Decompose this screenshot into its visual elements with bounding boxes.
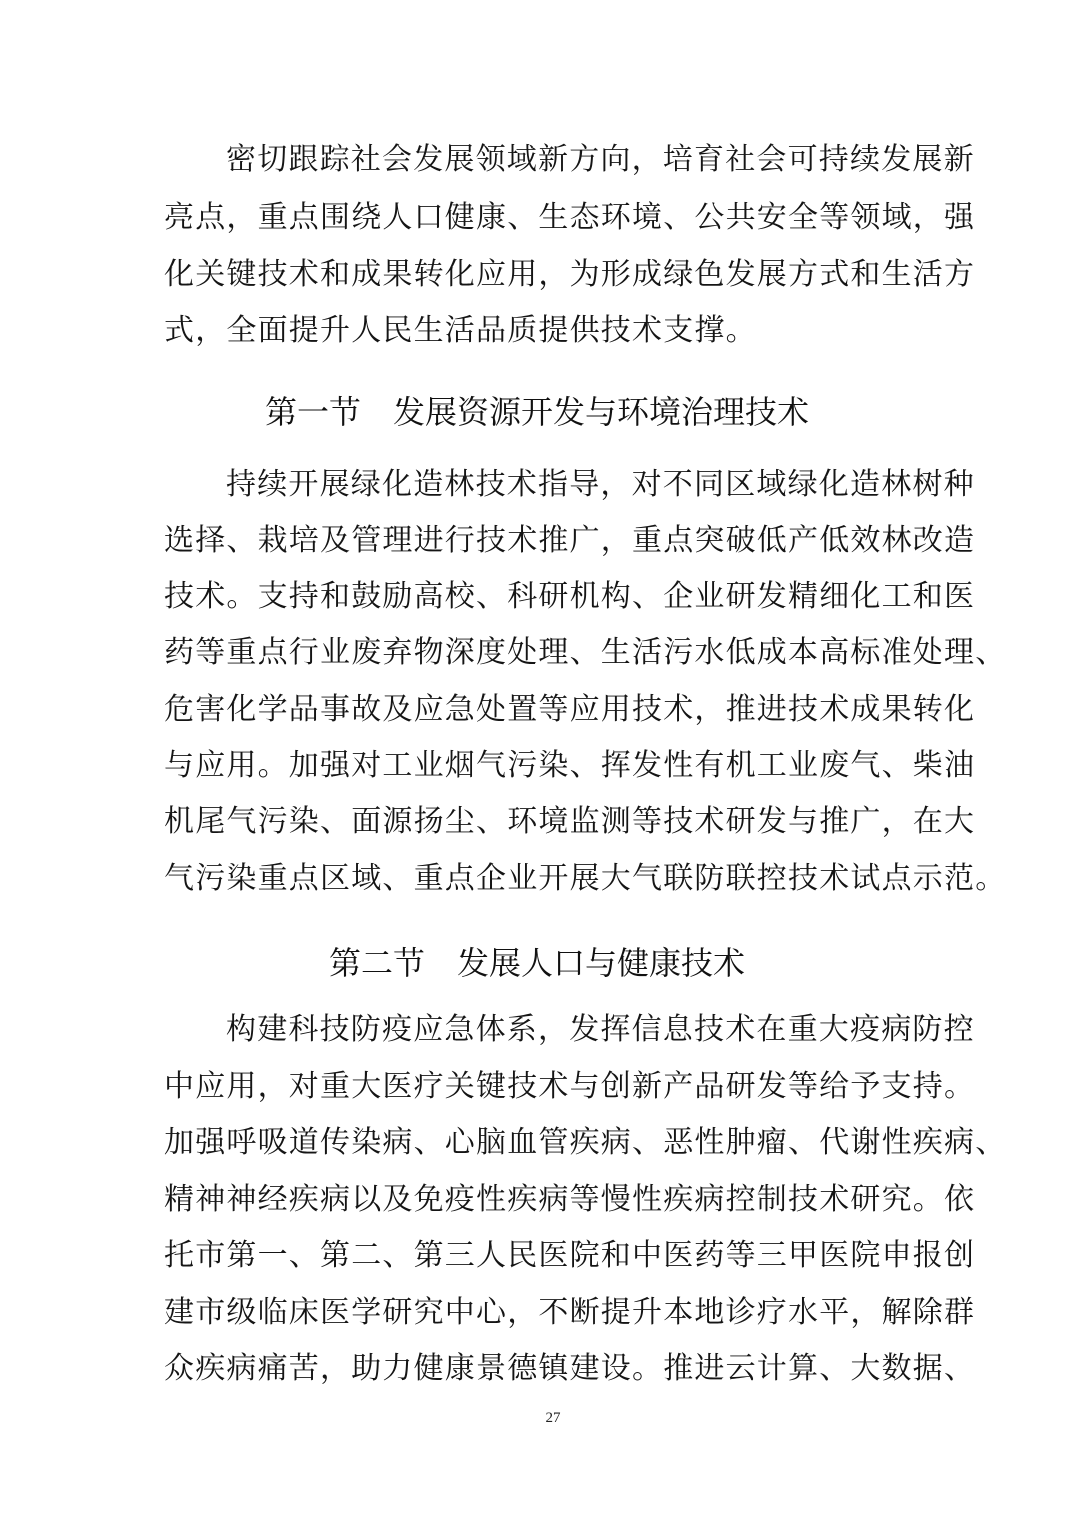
paragraph-line: 密切跟踪社会发展领域新方向，培育社会可持续发展新 [226,140,986,180]
paragraph-line: 托市第一、第二、第三人民医院和中医药等三甲医院申报创 [164,1236,924,1276]
paragraph-line: 构建科技防疫应急体系，发挥信息技术在重大疫病防控 [226,1010,986,1050]
paragraph-line: 气污染重点区域、重点企业开展大气联防联控技术试点示范。 [164,859,924,899]
paragraph-line: 亮点，重点围绕人口健康、生态环境、公共安全等领域，强 [164,198,924,238]
paragraph-line: 与应用。加强对工业烟气污染、挥发性有机工业废气、柴油 [164,746,924,786]
paragraph-line: 药等重点行业废弃物深度处理、生活污水低成本高标准处理、 [164,633,924,673]
section-heading-1: 第一节 发展资源开发与环境治理技术 [0,390,1074,434]
paragraph-line: 众疾病痛苦，助力健康景德镇建设。推进云计算、大数据、 [164,1349,924,1389]
paragraph-line: 加强呼吸道传染病、心脑血管疾病、恶性肿瘤、代谢性疾病、 [164,1123,924,1163]
paragraph-line: 化关键技术和成果转化应用，为形成绿色发展方式和生活方 [164,255,924,295]
paragraph-line: 危害化学品事故及应急处置等应用技术，推进技术成果转化 [164,690,924,730]
paragraph-line: 中应用，对重大医疗关键技术与创新产品研发等给予支持。 [164,1067,924,1107]
paragraph-line: 建市级临床医学研究中心，不断提升本地诊疗水平，解除群 [164,1293,924,1333]
paragraph-line: 式，全面提升人民生活品质提供技术支撑。 [164,311,924,351]
paragraph-line: 持续开展绿化造林技术指导，对不同区域绿化造林树种 [226,465,986,505]
paragraph-line: 选择、栽培及管理进行技术推广，重点突破低产低效林改造 [164,521,924,561]
paragraph-line: 精神神经疾病以及免疫性疾病等慢性疾病控制技术研究。依 [164,1180,924,1220]
paragraph-line: 技术。支持和鼓励高校、科研机构、企业研发精细化工和医 [164,577,924,617]
document-page: 密切跟踪社会发展领域新方向，培育社会可持续发展新 亮点，重点围绕人口健康、生态环… [0,0,1074,1520]
section-heading-2: 第二节 发展人口与健康技术 [0,941,1074,985]
paragraph-line: 机尾气污染、面源扬尘、环境监测等技术研发与推广，在大 [164,802,924,842]
page-number: 27 [0,1410,1074,1427]
